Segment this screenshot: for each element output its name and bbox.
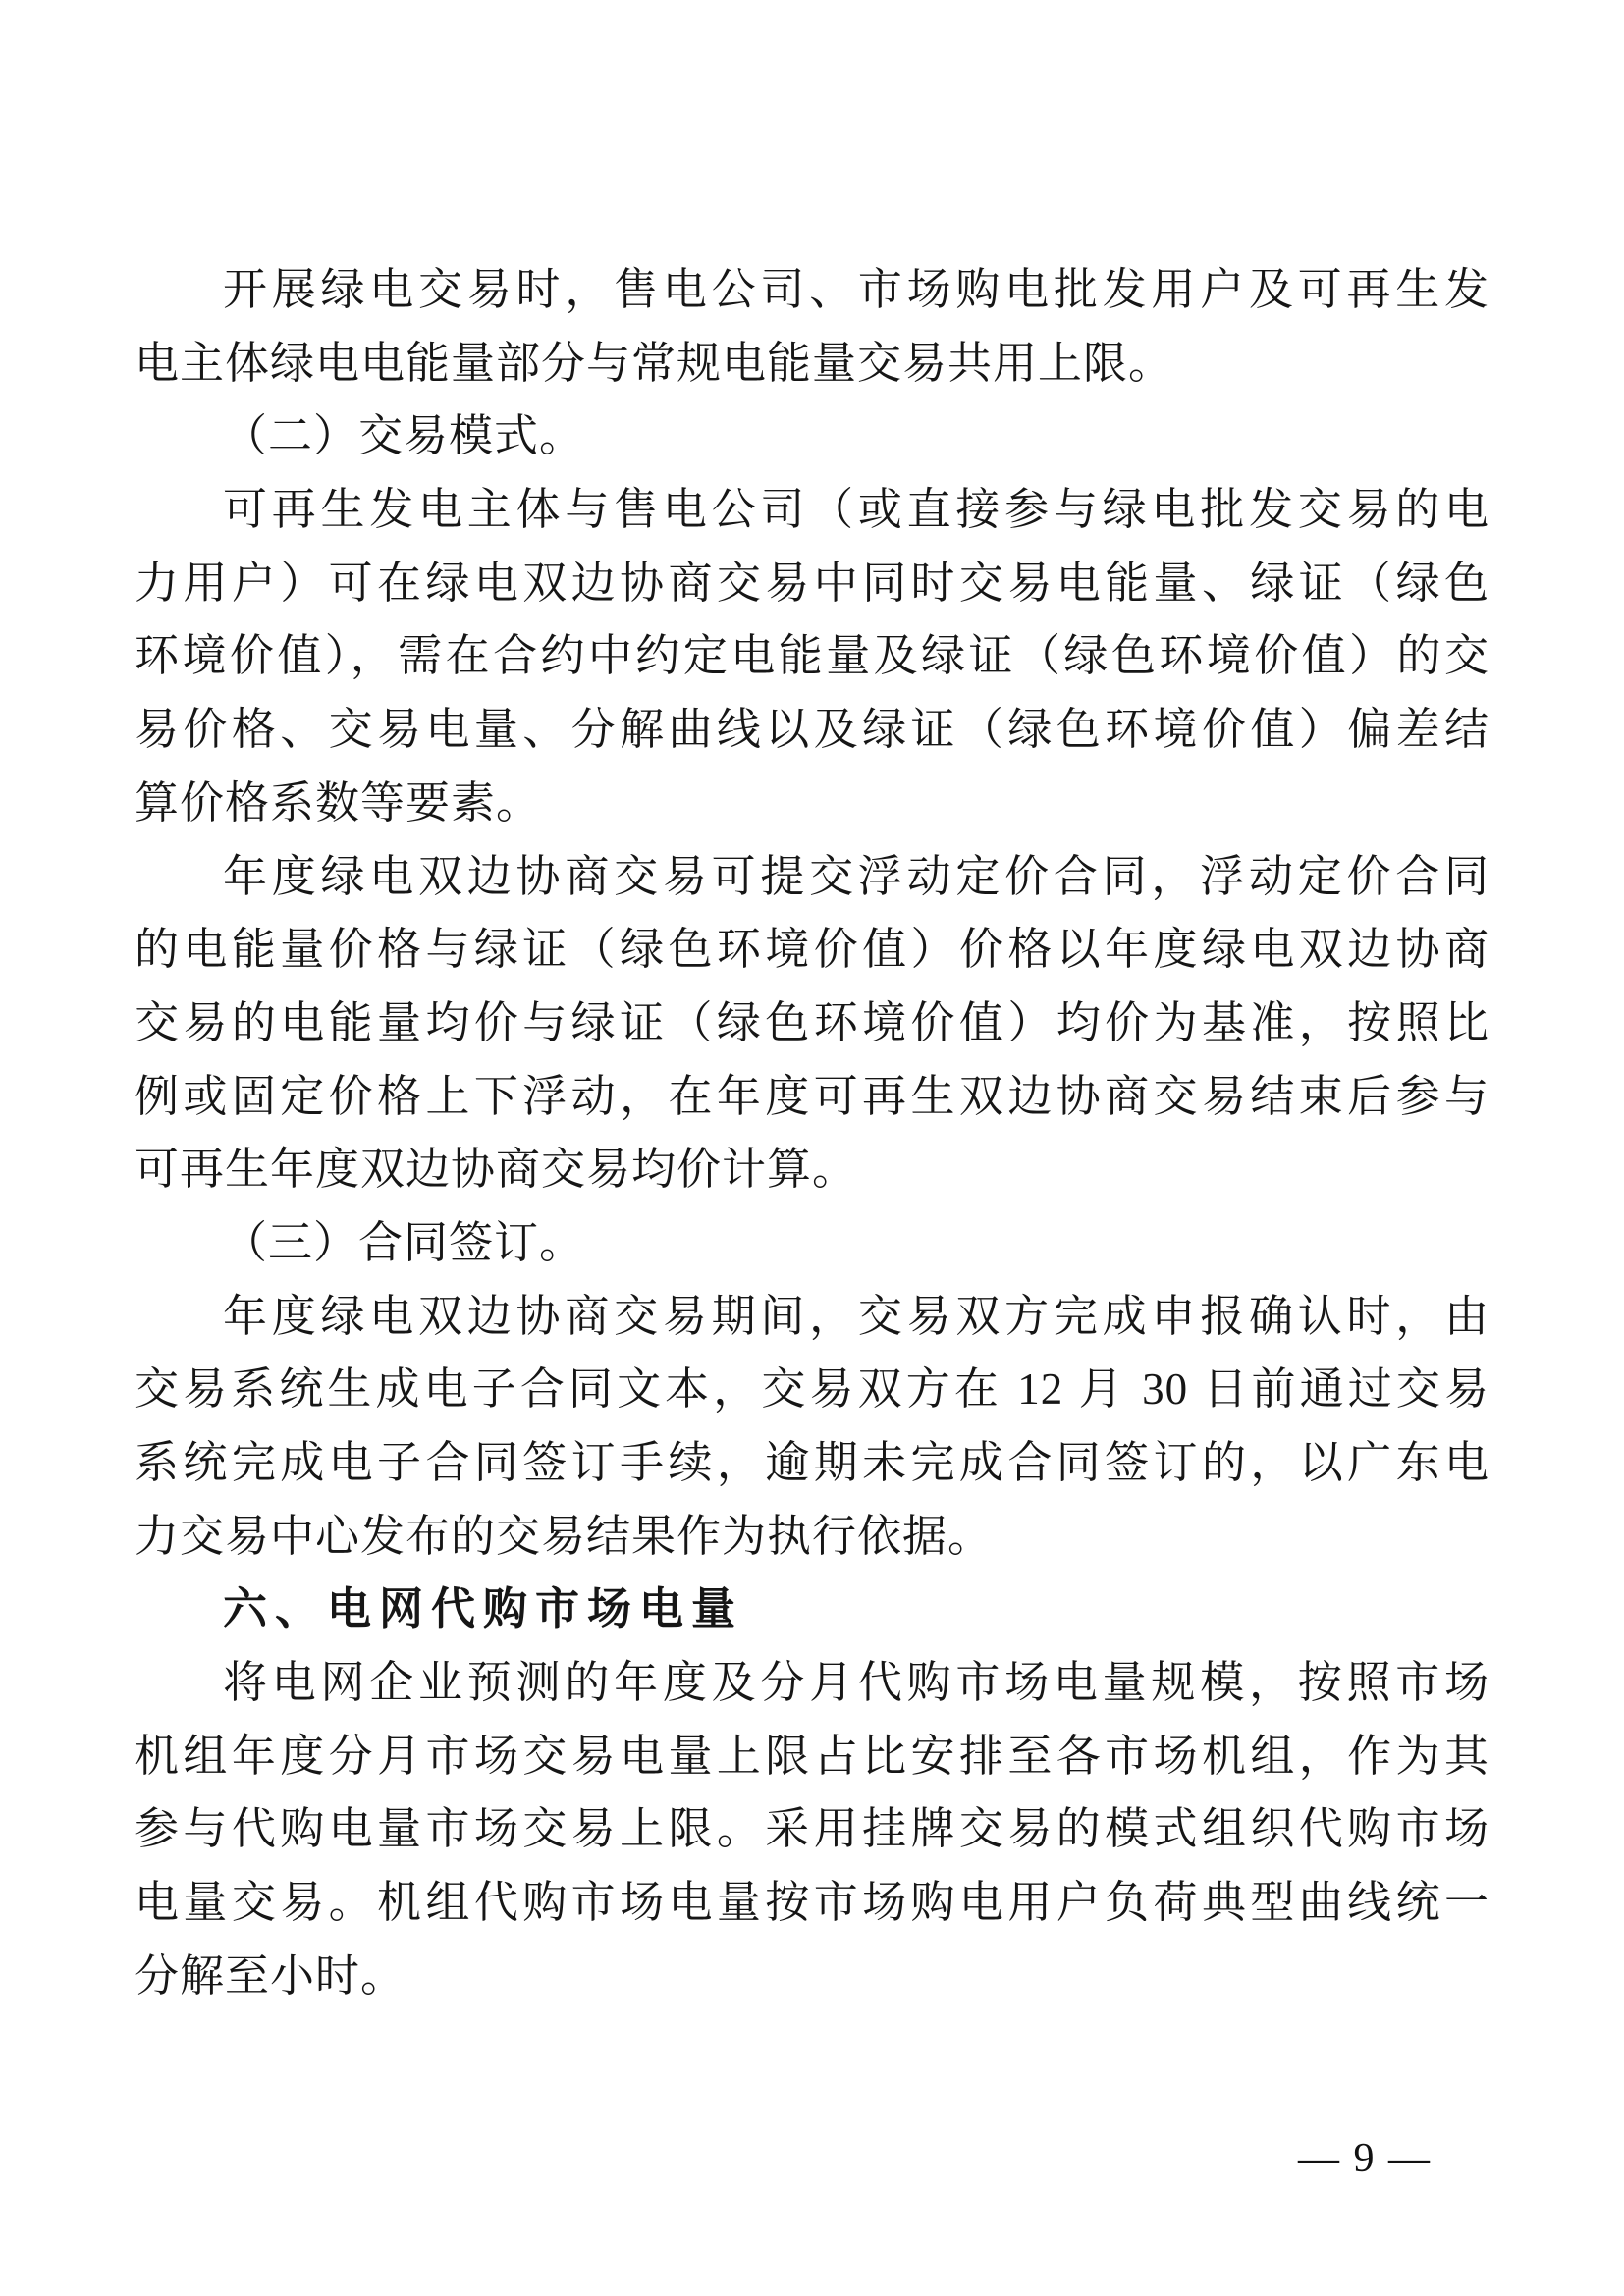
text-line: 力用户）可在绿电双边协商交易中同时交易电能量、绿证（绿色 xyxy=(135,547,1489,620)
text-line: 的电能量价格与绿证（绿色环境价值）价格以年度绿电双边协商 xyxy=(135,913,1489,987)
text-line: 例或固定价格上下浮动，在年度可再生双边协商交易结束后参与 xyxy=(135,1060,1489,1134)
text-line: 易价格、交易电量、分解曲线以及绿证（绿色环境价值）偏差结 xyxy=(135,693,1489,767)
text-line: 环境价值），需在合约中约定电能量及绿证（绿色环境价值）的交 xyxy=(135,619,1489,693)
text-line: 参与代购电量市场交易上限。采用挂牌交易的模式组织代购市场 xyxy=(135,1792,1489,1866)
text-line: 年度绿电双边协商交易期间，交易双方完成申报确认时，由 xyxy=(135,1280,1489,1354)
document-page: 开展绿电交易时，售电公司、市场购电批发用户及可再生发 电主体绿电电能量部分与常规… xyxy=(0,0,1624,2296)
sub-heading-2: （二）交易模式。 xyxy=(135,400,1489,473)
sub-heading-3: （三）合同签订。 xyxy=(135,1206,1489,1280)
text-line: 系统完成电子合同签订手续，逾期未完成合同签订的，以广东电 xyxy=(135,1426,1489,1500)
section-heading-6: 六、电网代购市场电量 xyxy=(135,1573,1489,1646)
page-number: — 9 — xyxy=(1298,2136,1432,2181)
text-line: 机组年度分月市场交易电量上限占比安排至各市场机组，作为其 xyxy=(135,1720,1489,1793)
text-line: 交易系统生成电子合同文本，交易双方在 12 月 30 日前通过交易 xyxy=(135,1353,1489,1426)
text-line: 开展绿电交易时，售电公司、市场购电批发用户及可再生发 xyxy=(135,253,1489,327)
text-line: 可再生年度双边协商交易均价计算。 xyxy=(135,1133,1489,1206)
text-line: 算价格系数等要素。 xyxy=(135,767,1489,840)
text-line: 可再生发电主体与售电公司（或直接参与绿电批发交易的电 xyxy=(135,473,1489,547)
text-line: 电主体绿电电能量部分与常规电能量交易共用上限。 xyxy=(135,327,1489,400)
document-body: 开展绿电交易时，售电公司、市场购电批发用户及可再生发 电主体绿电电能量部分与常规… xyxy=(135,253,1489,2013)
text-line: 将电网企业预测的年度及分月代购市场电量规模，按照市场 xyxy=(135,1646,1489,1720)
text-line: 分解至小时。 xyxy=(135,1940,1489,2013)
text-line: 年度绿电双边协商交易可提交浮动定价合同，浮动定价合同 xyxy=(135,840,1489,914)
text-line: 力交易中心发布的交易结果作为执行依据。 xyxy=(135,1500,1489,1574)
text-line: 交易的电能量均价与绿证（绿色环境价值）均价为基准，按照比 xyxy=(135,987,1489,1060)
text-line: 电量交易。机组代购市场电量按市场购电用户负荷典型曲线统一 xyxy=(135,1866,1489,1940)
